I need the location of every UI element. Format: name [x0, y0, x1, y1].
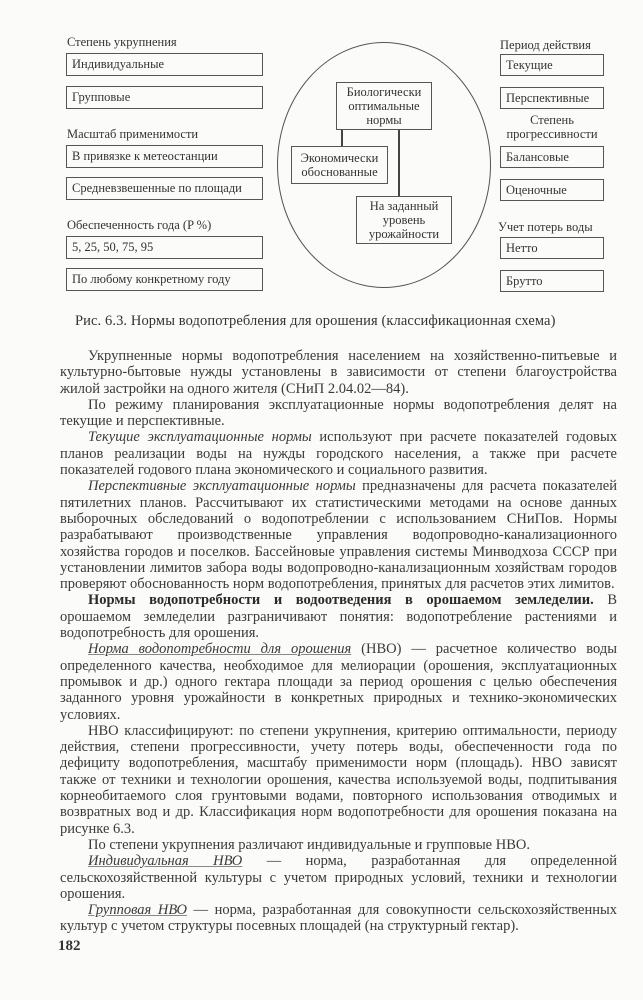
- box-estimated: Оценочные: [500, 179, 604, 201]
- box-gross: Брутто: [500, 270, 604, 292]
- group-title-water-loss: Учет потерь воды: [498, 220, 593, 235]
- paragraph: Индивидуальная НВО — норма, разработанна…: [60, 853, 617, 902]
- connector-line-2: [398, 129, 400, 196]
- paragraph: Норма водопотребности для орошения (НВО)…: [60, 641, 617, 722]
- group-title-progressivity: Степень прогрессивности: [500, 113, 604, 141]
- connector-line-1: [341, 129, 343, 146]
- box-target-yield: На заданный уровень урожайности: [356, 196, 452, 244]
- paragraph: Групповая НВО — норма, разработанная для…: [60, 902, 617, 935]
- box-any-year: По любому конкретному году: [66, 268, 263, 291]
- body-text: Укрупненные нормы водопотребления населе…: [60, 348, 617, 935]
- box-probabilities: 5, 25, 50, 75, 95: [66, 236, 263, 259]
- figure-caption: Рис. 6.3. Нормы водопотребления для орош…: [75, 313, 620, 330]
- group-title-probability: Обеспеченность года (P %): [67, 218, 211, 233]
- box-economically-justified: Экономически обоснованные: [291, 146, 388, 184]
- page-number: 182: [58, 938, 81, 955]
- box-group: Групповые: [66, 86, 263, 109]
- box-net: Нетто: [500, 237, 604, 259]
- group-title-period: Период действия: [500, 38, 591, 53]
- paragraph: Укрупненные нормы водопотребления населе…: [60, 348, 617, 397]
- box-balance: Балансовые: [500, 146, 604, 168]
- box-weather-station: В привязке к метеостанции: [66, 145, 263, 168]
- paragraph: По степени укрупнения различают индивиду…: [60, 837, 617, 853]
- box-prospective: Перспективные: [500, 87, 604, 109]
- paragraph: Текущие эксплуатационные нормы использую…: [60, 429, 617, 478]
- box-area-weighted: Средневзвешенные по площади: [66, 177, 263, 200]
- box-current: Текущие: [500, 54, 604, 76]
- box-biologically-optimal: Биологически оптимальные нормы: [336, 82, 432, 130]
- group-title-scale: Масштаб применимости: [67, 127, 198, 142]
- paragraph: По режиму планирования эксплуатационные …: [60, 397, 617, 430]
- paragraph: Перспективные эксплуатационные нормы пре…: [60, 478, 617, 592]
- group-title-aggregation: Степень укрупнения: [67, 35, 177, 50]
- box-individual: Индивидуальные: [66, 53, 263, 76]
- paragraph: НВО классифицируют: по степени укрупнени…: [60, 723, 617, 837]
- section-heading-paragraph: Нормы водопотребности и водоотведения в …: [60, 592, 617, 641]
